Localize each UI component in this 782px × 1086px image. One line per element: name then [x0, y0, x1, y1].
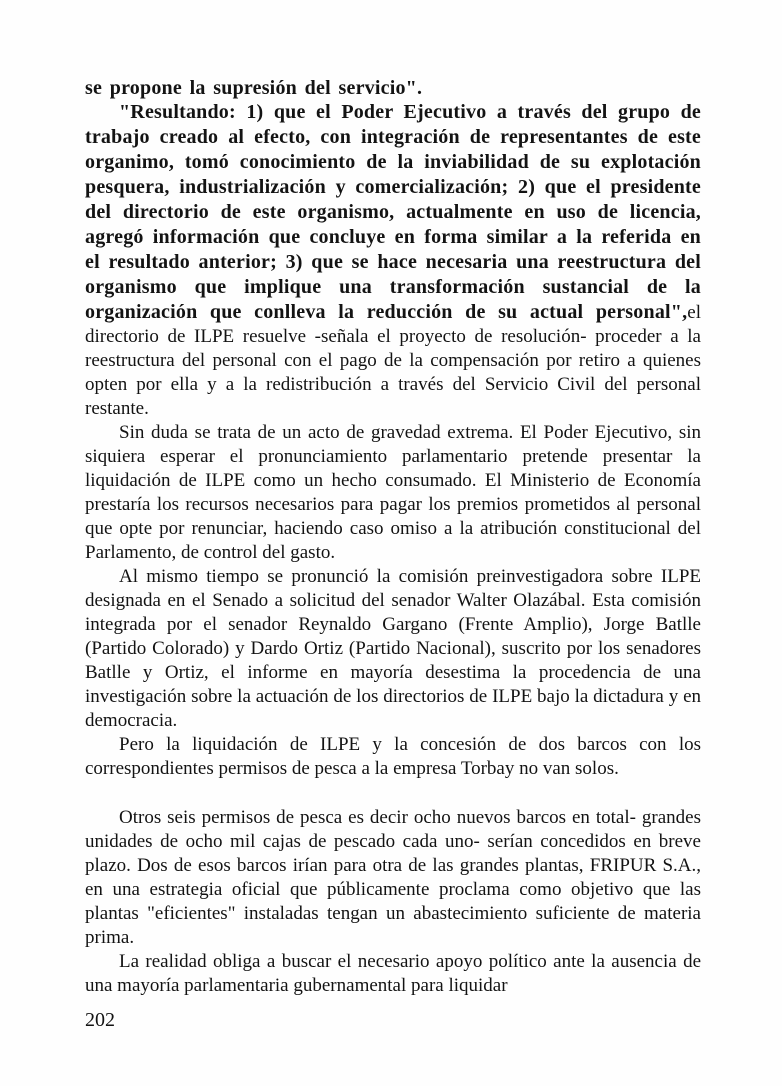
paragraph-sin-duda: Sin duda se trata de un acto de gravedad… [85, 421, 701, 565]
paragraph-resultando: "Resultando: 1) que el Poder Ejecutivo a… [85, 100, 701, 421]
book-page: se propone la supresión del servicio". "… [0, 0, 782, 1086]
paragraph-la-realidad: La realidad obliga a buscar el necesario… [85, 950, 701, 998]
paragraph-resultando-bold-run: "Resultando: 1) que el Poder Ejecutivo a… [85, 101, 701, 323]
page-text-block: se propone la supresión del servicio". "… [85, 76, 701, 998]
paragraph-continuation: se propone la supresión del servicio". [85, 76, 701, 100]
paragraph-otros-permisos: Otros seis permisos de pesca es decir oc… [85, 806, 701, 950]
paragraph-pero-liquidacion: Pero la liquidación de ILPE y la concesi… [85, 733, 701, 781]
page-number: 202 [85, 1008, 115, 1032]
paragraph-comision-preinvestigadora: Al mismo tiempo se pronunció la comisión… [85, 565, 701, 733]
